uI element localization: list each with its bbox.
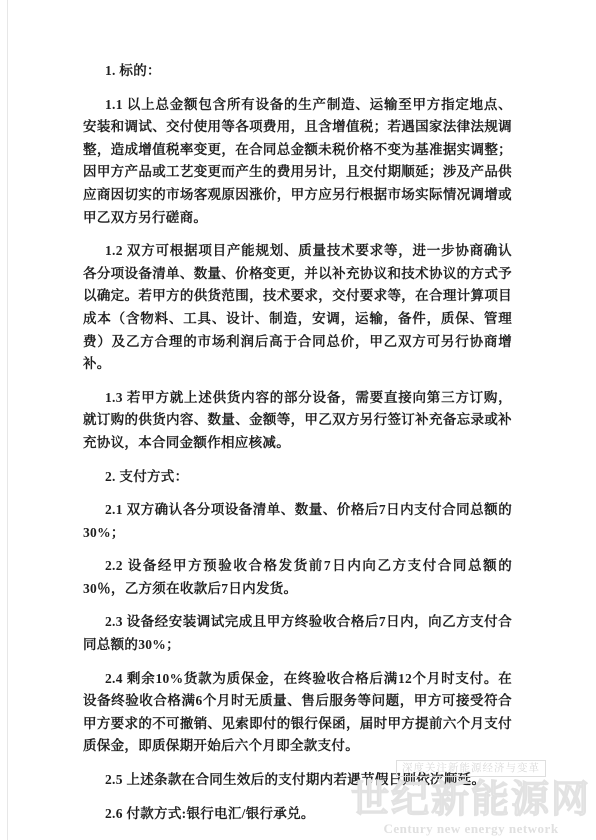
clause-2-2: 2.2 设备经甲方预验收合格发货前7日内向乙方支付合同总额的30％，乙方须在收款… (83, 555, 512, 600)
clause-1-2: 1.2 双方可根据项目产能规划、质量技术要求等，进一步协商确认各分项设备清单、数… (83, 240, 512, 376)
clause-2-3: 2.3 设备经安装调试完成且甲方终验收合格后7日内，向乙方支付合同总额的30%； (83, 611, 512, 656)
section-1-heading: 1. 标的： (83, 60, 512, 83)
clause-2-4: 2.4 剩余10%货款为质保金，在终验收合格后满12个月时支付。在设备终验收合格… (83, 668, 512, 758)
clause-1-3: 1.3 若甲方就上述供货内容的部分设备，需要直接向第三方订购，就订购的供货内容、… (83, 387, 512, 455)
clause-2-5: 2.5 上述条款在合同生效后的支付期内若遇节假日则依次顺延。 (83, 769, 512, 792)
clause-1-1: 1.1 以上总金额包含所有设备的生产制造、运输至甲方指定地点、安装和调试、交付使… (83, 94, 512, 230)
document-page: 1. 标的： 1.1 以上总金额包含所有设备的生产制造、运输至甲方指定地点、安装… (0, 0, 596, 840)
clause-2-1: 2.1 双方确认各分项设备清单、数量、价格后7日内支付合同总额的30%； (83, 499, 512, 544)
contract-text: 1. 标的： 1.1 以上总金额包含所有设备的生产制造、运输至甲方指定地点、安装… (83, 60, 512, 836)
section-2-heading: 2. 支付方式： (83, 466, 512, 489)
clause-2-6: 2.6 付款方式:银行电汇/银行承兑。 (83, 803, 512, 826)
page-edge-line (7, 0, 8, 840)
